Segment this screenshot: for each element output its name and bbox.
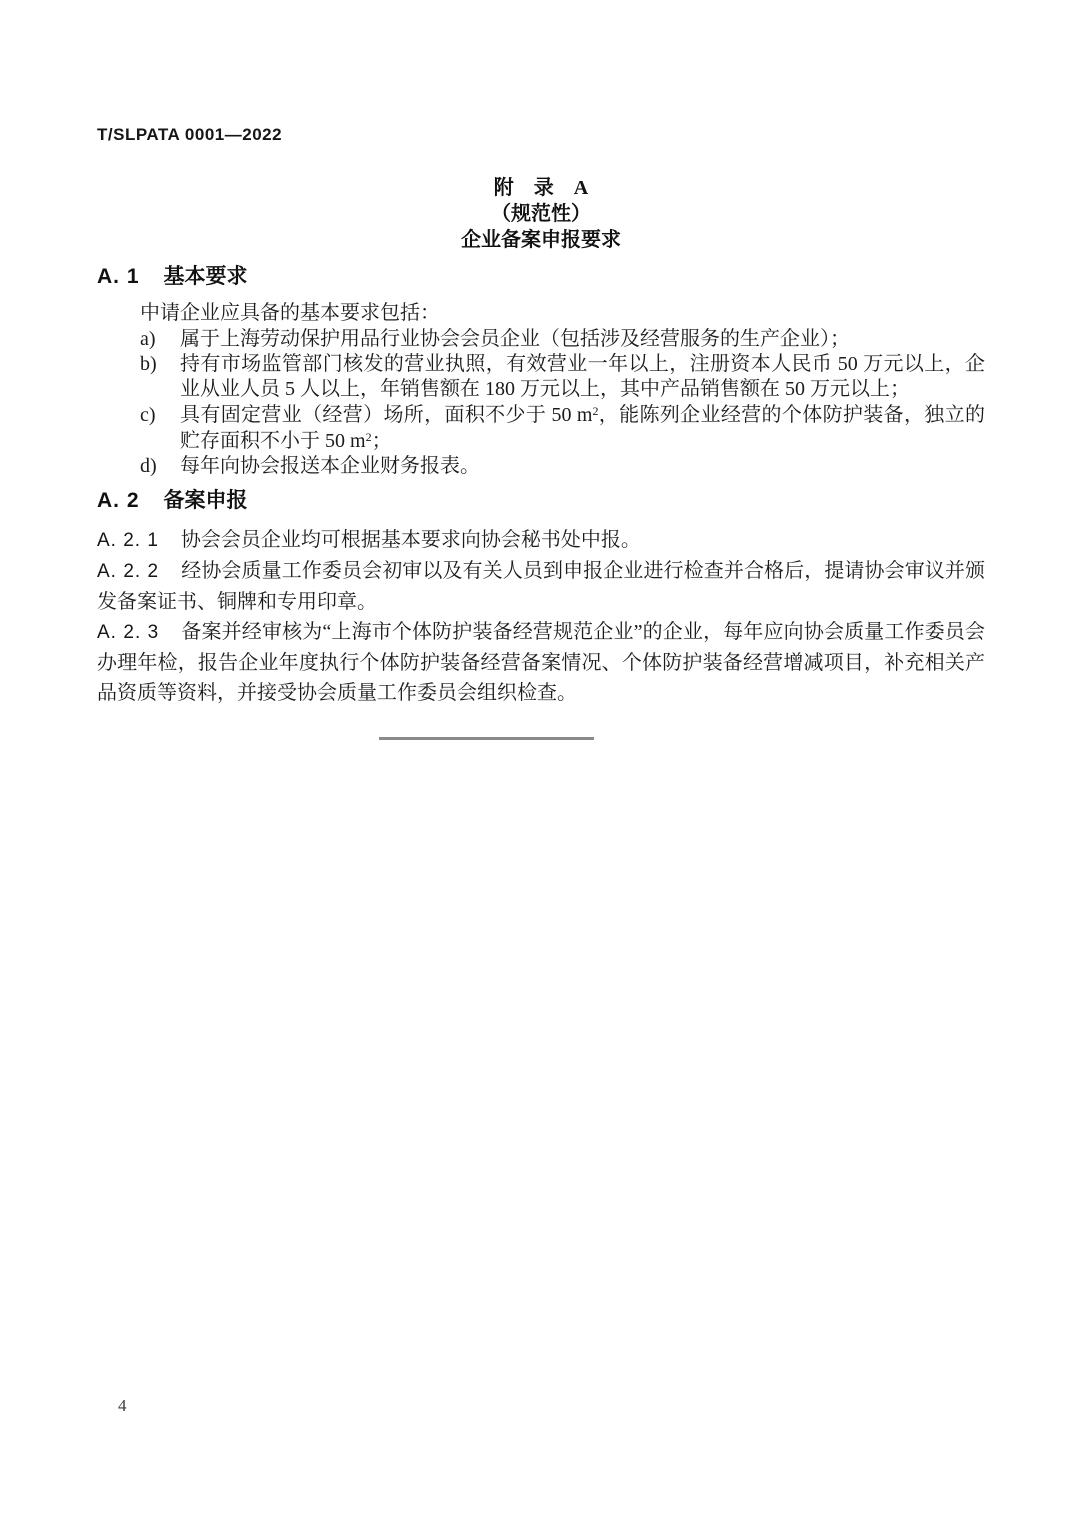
list-item-a-text: 属于上海劳动保护用品行业协会会员企业（包括涉及经营服务的生产企业）； bbox=[180, 328, 850, 350]
appendix-title-block: 附 录 A （规范性） 企业备案申报要求 bbox=[97, 175, 985, 253]
appendix-title-line2: （规范性） bbox=[97, 201, 985, 227]
section-a1-number: A. 1 bbox=[97, 265, 140, 288]
section-a1-title: 基本要求 bbox=[164, 264, 248, 288]
standard-number-header: T/SLPATA 0001—2022 bbox=[97, 0, 985, 145]
section-a2-title: 备案申报 bbox=[164, 488, 248, 512]
list-item-a: a)属于上海劳动保护用品行业协会会员企业（包括涉及经营服务的生产企业）； bbox=[140, 327, 985, 352]
requirement-list: a)属于上海劳动保护用品行业协会会员企业（包括涉及经营服务的生产企业）； b)持… bbox=[140, 327, 985, 479]
list-item-d-label: d) bbox=[140, 454, 157, 479]
appendix-title-line3: 企业备案申报要求 bbox=[97, 227, 985, 253]
section-a1-heading: A. 1基本要求 bbox=[97, 265, 985, 288]
clause-a23: A. 2. 3备案并经审核为“上海市个体防护装备经营规范企业”的企业，每年应向协… bbox=[97, 617, 985, 708]
section-a2-heading: A. 2备案申报 bbox=[97, 489, 985, 512]
list-item-d-text: 每年向协会报送本企业财务报表。 bbox=[180, 455, 480, 477]
list-item-c: c)具有固定营业（经营）场所，面积不少于 50 m2，能陈列企业经营的个体防护装… bbox=[140, 402, 985, 454]
list-item-c-text-3: ； bbox=[372, 430, 392, 452]
list-item-b-label: b) bbox=[140, 352, 157, 377]
end-of-section-divider bbox=[379, 737, 594, 740]
list-item-b: b)持有市场监管部门核发的营业执照，有效营业一年以上，注册资本人民币 50 万元… bbox=[140, 352, 985, 402]
list-item-c-text-1: 具有固定营业（经营）场所，面积不少于 50 m bbox=[180, 404, 592, 426]
list-item-b-text: 持有市场监管部门核发的营业执照，有效营业一年以上，注册资本人民币 50 万元以上… bbox=[180, 353, 985, 400]
document-page: T/SLPATA 0001—2022 附 录 A （规范性） 企业备案申报要求 … bbox=[0, 0, 1080, 1527]
section-a2-number: A. 2 bbox=[97, 489, 140, 512]
list-item-c-label: c) bbox=[140, 402, 156, 428]
clause-a23-text: 备案并经审核为“上海市个体防护装备经营规范企业”的企业，每年应向协会质量工作委员… bbox=[97, 621, 985, 704]
list-item-a-label: a) bbox=[140, 327, 156, 352]
clause-a21-text: 协会会员企业均可根据基本要求向协会秘书处中报。 bbox=[181, 529, 641, 551]
clause-a22-text: 经协会质量工作委员会初审以及有关人员到申报企业进行检查并合格后，提请协会审议并颁… bbox=[97, 560, 985, 613]
appendix-title-line1: 附 录 A bbox=[97, 175, 985, 201]
page-number: 4 bbox=[118, 1396, 127, 1416]
clause-a22: A. 2. 2经协会质量工作委员会初审以及有关人员到申报企业进行检查并合格后，提… bbox=[97, 556, 985, 617]
clause-a23-number: A. 2. 3 bbox=[97, 622, 159, 643]
section-a1-intro: 中请企业应具备的基本要求包括： bbox=[140, 301, 985, 325]
clause-a21: A. 2. 1协会会员企业均可根据基本要求向协会秘书处中报。 bbox=[97, 525, 985, 556]
clause-a21-number: A. 2. 1 bbox=[97, 530, 159, 551]
list-item-d: d)每年向协会报送本企业财务报表。 bbox=[140, 454, 985, 479]
clause-a22-number: A. 2. 2 bbox=[97, 561, 159, 582]
